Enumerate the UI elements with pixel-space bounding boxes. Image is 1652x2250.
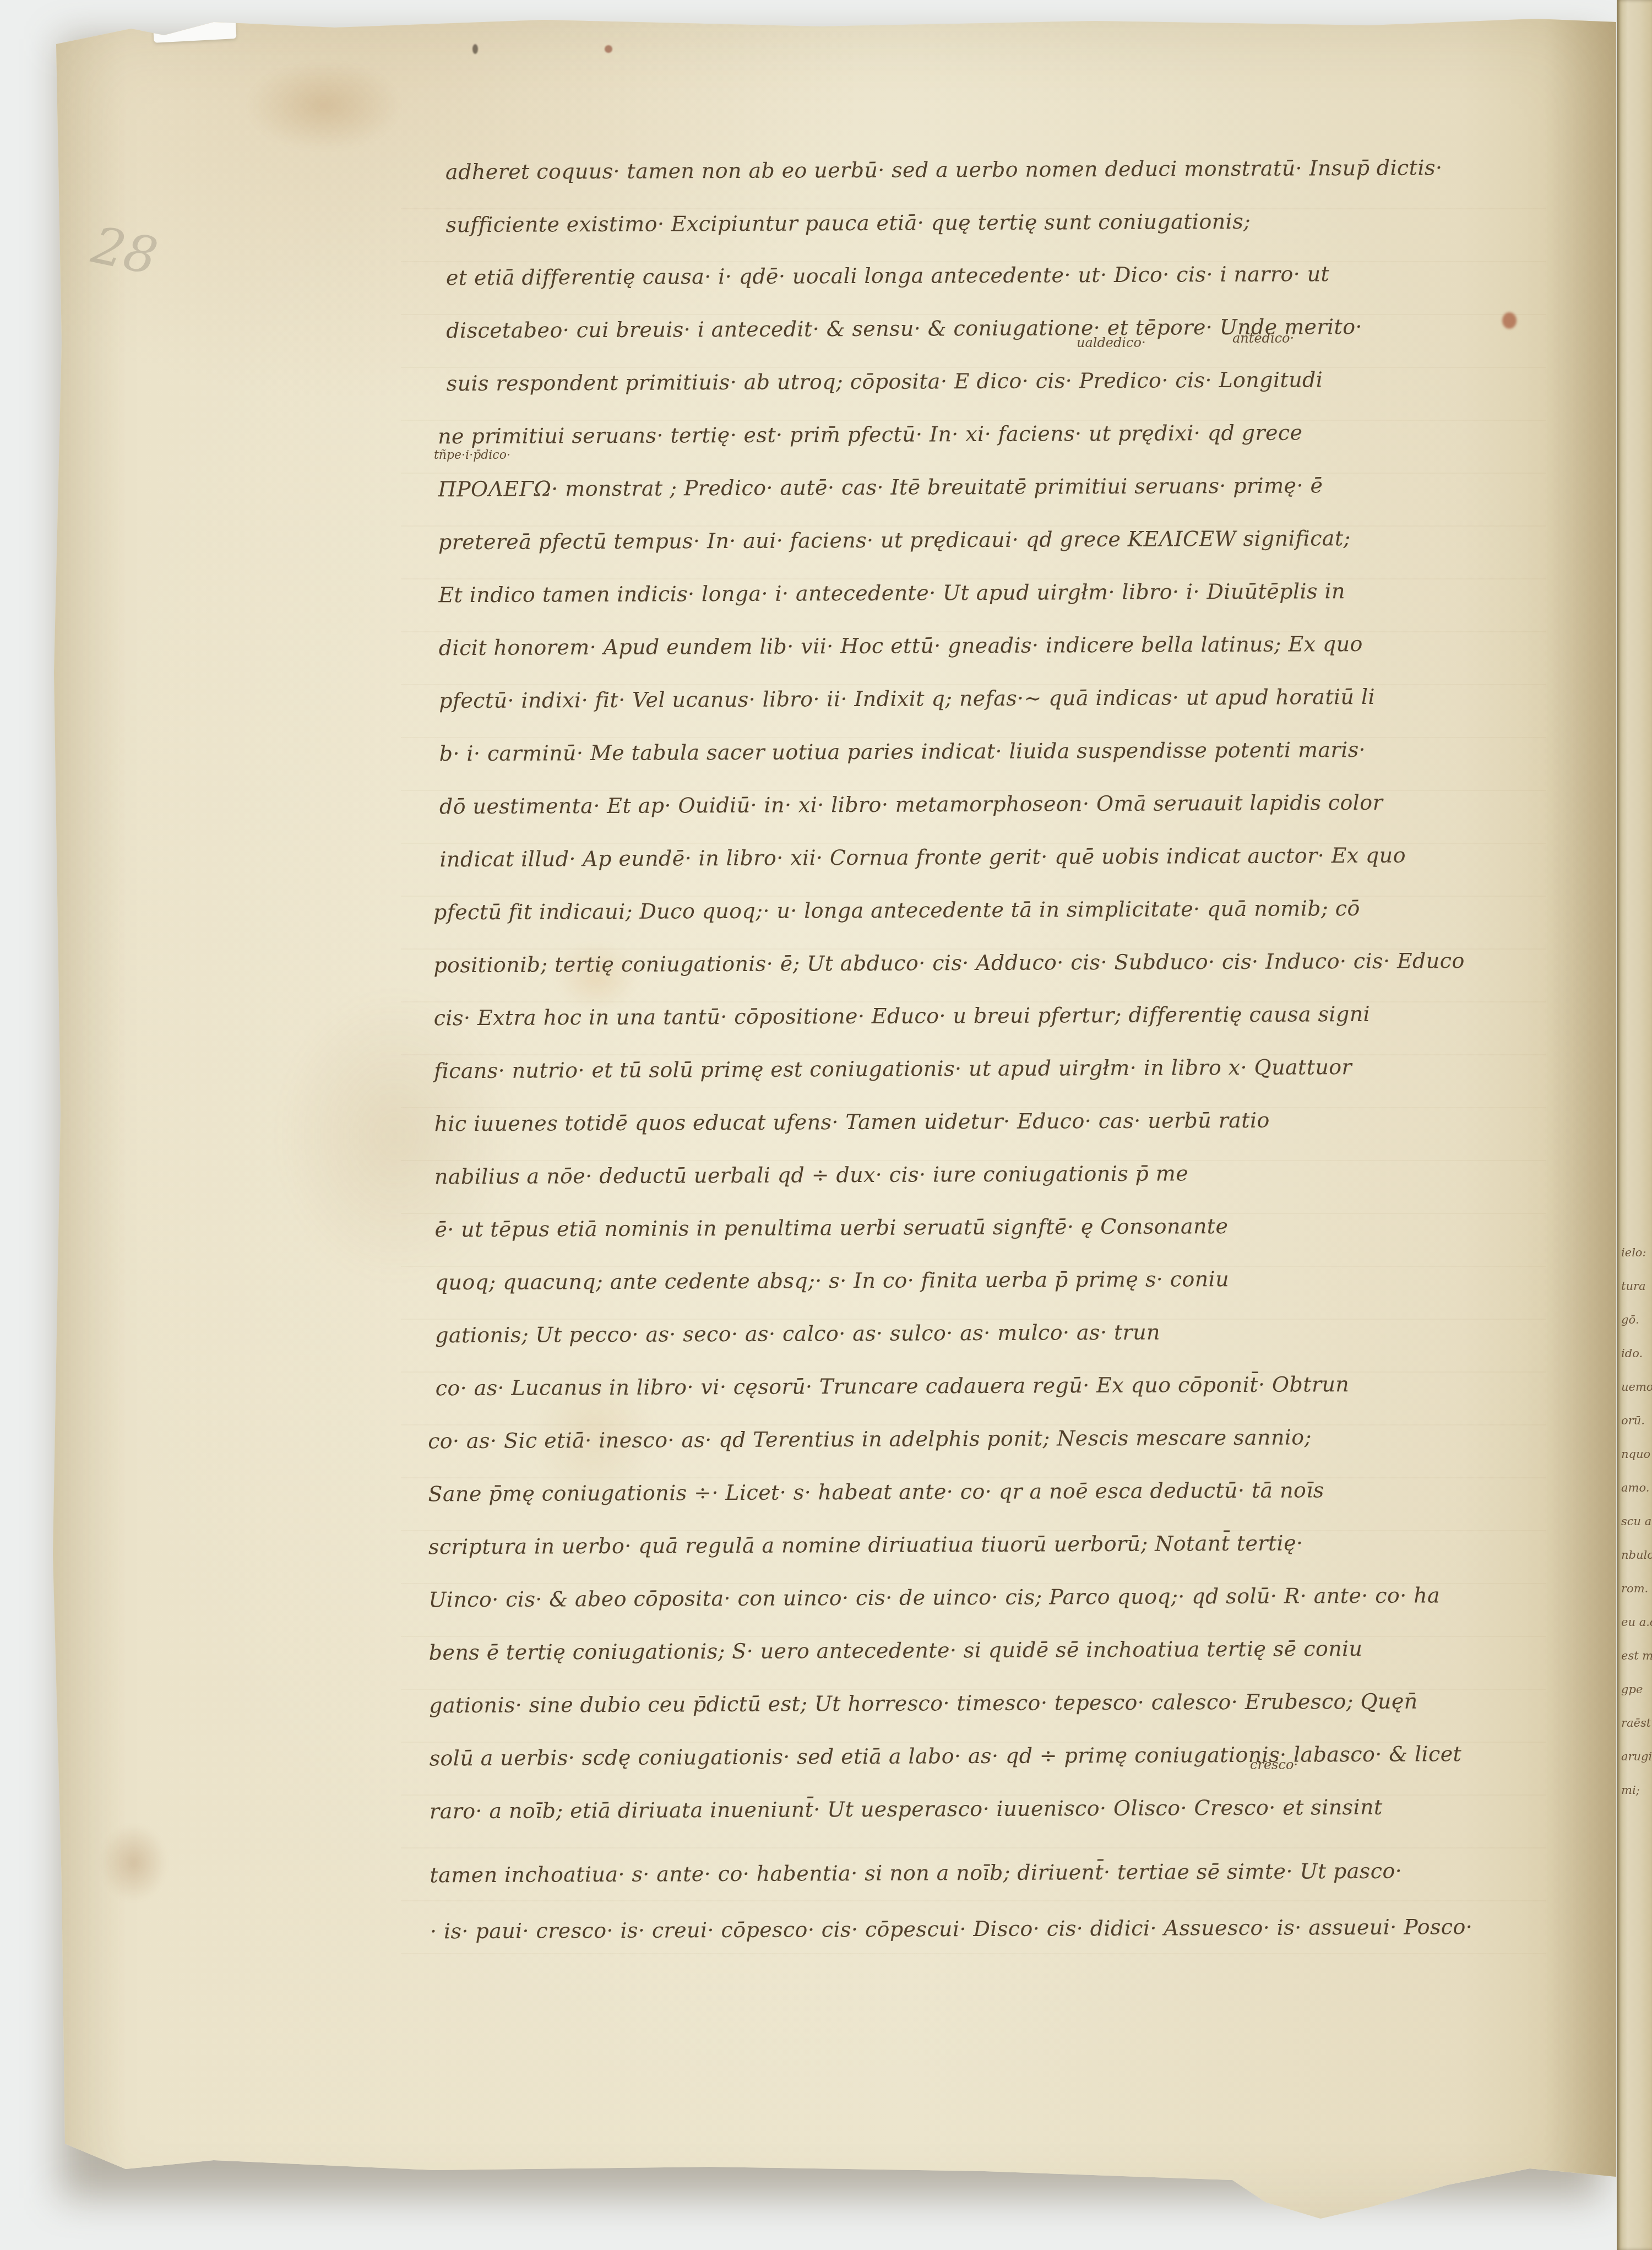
manuscript-page: 28 adheret coquus· tamen non ab eo uerbū… bbox=[48, 12, 1616, 2232]
paper-tab bbox=[153, 6, 237, 43]
manuscript-line: dicit honorem· Apud eundem lib· vii· Hoc… bbox=[432, 617, 1528, 675]
manuscript-line: ē· ut tēpus etiā nominis in penultima ue… bbox=[434, 1199, 1530, 1256]
gutter-shadow bbox=[1545, 12, 1616, 2232]
manuscript-line: pretereā pfectū tempus· In· aui· faciens… bbox=[432, 511, 1528, 569]
manuscript-line: positionib; tertię coniugationis· ē; Ut … bbox=[433, 934, 1529, 992]
manuscript-line: · is· paui· cresco· is· creui· cōpesco· … bbox=[438, 1900, 1534, 1958]
manuscript-line: pfectū· indixi· fit· Vel ucanus· libro· … bbox=[432, 670, 1528, 728]
manuscript-line: co· as· Sic etiā· inesco· as· qd Terenti… bbox=[436, 1410, 1531, 1468]
manuscript-line: gationis; Ut pecco· as· seco· as· calco·… bbox=[435, 1304, 1531, 1362]
photograph-background: 28 adheret coquus· tamen non ab eo uerbū… bbox=[0, 0, 1652, 2250]
edge-fragment: est me bbox=[1621, 1639, 1652, 1673]
manuscript-line: Sane p̄mę coniugationis ÷· Licet· s· hab… bbox=[436, 1463, 1531, 1521]
manuscript-line: dō uestimenta· Et ap· Ouidiū· in· xi· li… bbox=[433, 776, 1529, 833]
manuscript-line: solū a uerbis· scdę coniugationis· sed e… bbox=[437, 1727, 1533, 1785]
edge-fragment: nquo bbox=[1621, 1438, 1652, 1471]
edge-fragment: rom. bbox=[1621, 1572, 1652, 1606]
manuscript-line: quoq; quacunq; ante cedente absq;· s· In… bbox=[435, 1251, 1531, 1309]
interlinear-gloss: ualdedico· bbox=[1077, 335, 1146, 350]
edge-fragment: eu a.cō bbox=[1621, 1606, 1652, 1639]
manuscript-line: ficans· nutrio· et tū solū primę est con… bbox=[434, 1040, 1530, 1098]
edge-fragment: amo. bbox=[1621, 1471, 1652, 1505]
edge-fragment: mi; bbox=[1621, 1774, 1652, 1807]
manuscript-line: Uinco· cis· & abeo cōposita· con uinco· … bbox=[436, 1569, 1532, 1626]
manuscript-line: raro· a noīb; etiā diriuata inueniunt̄· … bbox=[437, 1780, 1533, 1838]
edge-fragment: uemo bbox=[1621, 1370, 1652, 1404]
book-fore-edge: ielo: tura gō. ido. uemo orū. nquo amo. … bbox=[1617, 0, 1652, 2250]
folio-number-pencil: 28 bbox=[87, 215, 162, 286]
manuscript-line: sufficiente existimo· Excipiuntur pauca … bbox=[430, 194, 1526, 252]
edge-fragment: ido. bbox=[1621, 1337, 1652, 1370]
manuscript-line: Et indico tamen indicis· longa· i· antec… bbox=[432, 564, 1528, 622]
parchment-stain bbox=[247, 62, 401, 150]
parchment-stain bbox=[101, 1824, 167, 1901]
edge-fragment: tura bbox=[1621, 1270, 1652, 1303]
manuscript-line: gationis· sine dubio ceu p̄dictū est; Ut… bbox=[437, 1674, 1533, 1732]
edge-fragment: scu aced bbox=[1621, 1505, 1652, 1538]
edge-fragment: raēst. bbox=[1621, 1706, 1652, 1740]
manuscript-text: adheret coquus· tamen non ab eo uerbū· s… bbox=[430, 141, 1534, 1958]
manuscript-line: pfectū fit indicaui; Duco quoq;· u· long… bbox=[433, 881, 1529, 939]
manuscript-line: b· i· carminū· Me tabula sacer uotiua pa… bbox=[432, 723, 1528, 780]
manuscript-line: bens ē tertię coniugationis; S· uero ant… bbox=[437, 1622, 1533, 1679]
manuscript-line: et etiā differentię causa· i· qdē· uocal… bbox=[431, 247, 1526, 305]
edge-fragment: ielo: bbox=[1621, 1236, 1652, 1270]
edge-fragment: gpe bbox=[1621, 1673, 1652, 1706]
edge-fragment: arugit bbox=[1621, 1740, 1652, 1774]
manuscript-line: cis· Extra hoc in una tantū· cōpositione… bbox=[434, 987, 1530, 1045]
adjacent-page-text: ielo: tura gō. ido. uemo orū. nquo amo. … bbox=[1621, 1236, 1652, 1807]
parchment-stain bbox=[472, 44, 478, 54]
interlinear-gloss: tñpe·i·p̄dico· bbox=[434, 448, 510, 462]
manuscript-line: suis respondent primitiuis· ab utroq; cō… bbox=[431, 353, 1527, 410]
manuscript-line: ΠΡΟΛΕΓΩ· monstrat ; Predico· autē· cas· … bbox=[431, 458, 1527, 516]
manuscript-line: co· as· Lucanus in libro· vi· cęsorū· Tr… bbox=[435, 1357, 1531, 1415]
manuscript-line: tamen inchoatiua· s· ante· co· habentia·… bbox=[437, 1844, 1533, 1902]
interlinear-gloss: antedico· bbox=[1232, 330, 1294, 346]
interlinear-gloss: cresco· bbox=[1250, 1757, 1298, 1772]
edge-fragment: nbulo; bbox=[1621, 1538, 1652, 1572]
manuscript-line: ne primitiui seruans· tertię· est· prim̄… bbox=[431, 405, 1527, 463]
edge-fragment: gō. bbox=[1621, 1303, 1652, 1337]
manuscript-line: hic iuuenes totidē quos educat ufens· Ta… bbox=[434, 1093, 1530, 1151]
manuscript-line: discetabeo· cui breuis· i antecedit· & s… bbox=[431, 300, 1526, 357]
manuscript-line: nabilius a nōe· deductū uerbali qd ÷ dux… bbox=[434, 1146, 1530, 1203]
manuscript-line: indicat illud· Ap eundē· in libro· xii· … bbox=[433, 828, 1529, 886]
manuscript-line: adheret coquus· tamen non ab eo uerbū· s… bbox=[430, 141, 1526, 199]
manuscript-line: scriptura in uerbo· quā regulā a nomine … bbox=[436, 1516, 1532, 1574]
parchment-stain bbox=[605, 45, 612, 53]
edge-fragment: orū. bbox=[1621, 1404, 1652, 1438]
